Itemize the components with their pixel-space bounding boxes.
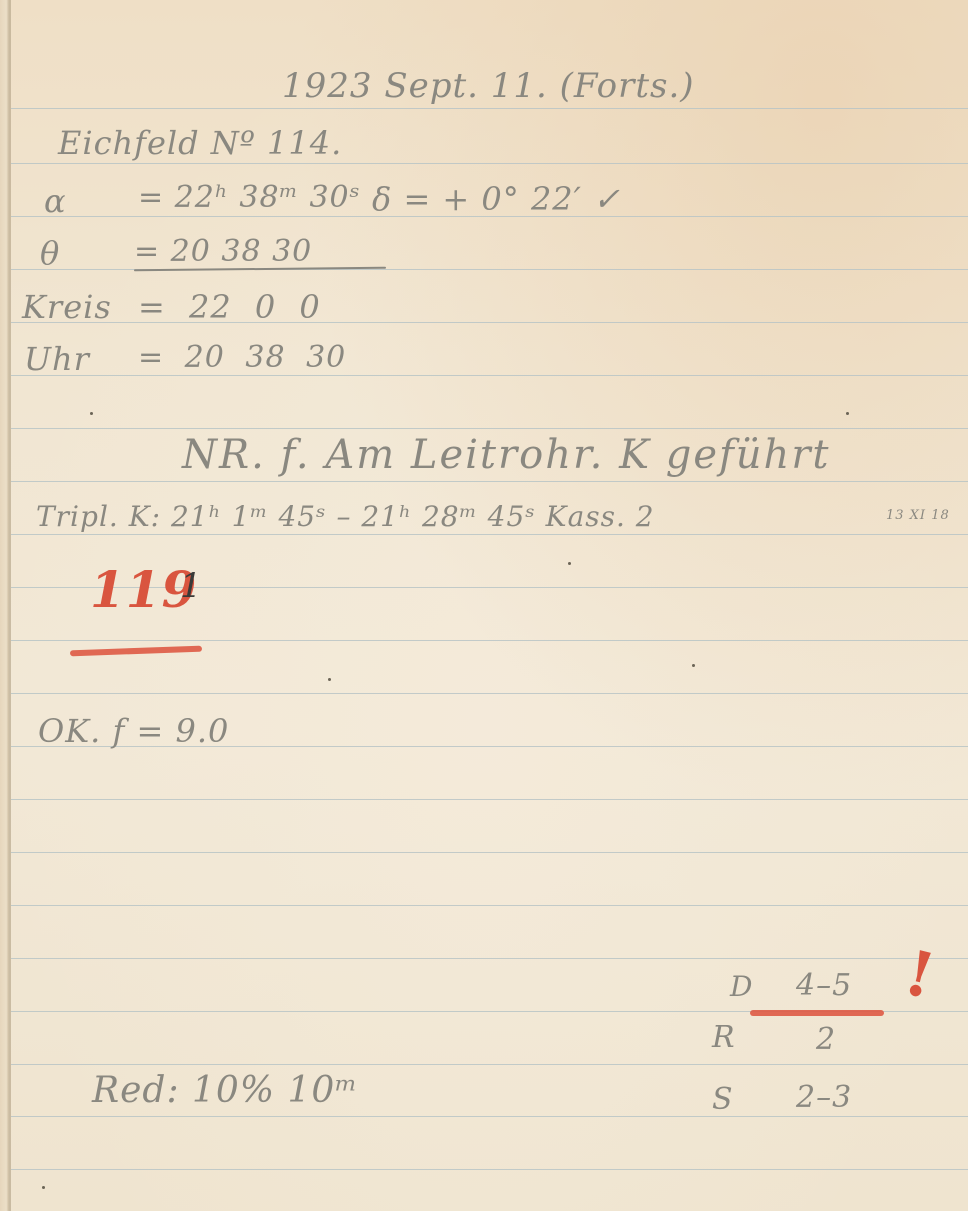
kreis-value: = 22 0 0: [138, 288, 321, 326]
exposure-note: Tripl. K: 21ʰ 1ᵐ 45ˢ – 21ʰ 28ᵐ 45ˢ Kass.…: [36, 500, 655, 533]
exclamation-mark: !: [898, 936, 943, 1014]
alpha-value: = 22ʰ 38ᵐ 30ˢ: [138, 180, 361, 215]
alpha-label: α: [44, 182, 67, 220]
ocular-note: OK. f = 9.0: [38, 712, 229, 750]
paper-speck: [568, 562, 571, 565]
field-label: Eichfeld Nº 114.: [58, 124, 342, 162]
quality-d-value: 4–5: [796, 968, 852, 1003]
rule-line: [11, 481, 968, 482]
rule-line: [11, 1169, 968, 1170]
uhr-label: Uhr: [24, 340, 90, 378]
reduction-note: Red: 10% 10ᵐ: [92, 1070, 358, 1111]
quality-s-label: S: [712, 1082, 734, 1117]
paper-speck: [692, 664, 695, 667]
paper-speck: [42, 1186, 45, 1189]
quality-r-label: R: [712, 1020, 736, 1055]
uhr-value: = 20 38 30: [138, 340, 346, 375]
rule-line: [11, 534, 968, 535]
paper-speck: [90, 412, 93, 415]
quality-s-value: 2–3: [796, 1080, 852, 1115]
rule-line: [11, 852, 968, 853]
paper-speck: [846, 412, 849, 415]
rule-line: [11, 1116, 968, 1117]
rule-line: [11, 905, 968, 906]
quality-d-underline: [750, 1010, 884, 1016]
kreis-label: Kreis: [22, 288, 112, 326]
page-binding: [0, 0, 9, 1211]
notebook-page: 1923 Sept. 11. (Forts.) Eichfeld Nº 114.…: [0, 0, 968, 1211]
binding-edge: [9, 0, 11, 1211]
margin-date-note: 13 XI 18: [886, 508, 950, 523]
plate-number-underline: [70, 646, 202, 657]
rule-line: [11, 958, 968, 959]
quality-d-label: D: [730, 970, 753, 1003]
guide-note: NR. f. Am Leitrohr. K geführt: [182, 432, 831, 478]
delta-value: δ = + 0° 22′ ✓: [372, 180, 621, 218]
rule-line: [11, 375, 968, 376]
theta-value: = 20 38 30: [134, 234, 312, 269]
plate-number-suffix: 1: [180, 566, 203, 606]
rule-line: [11, 108, 968, 109]
rule-line: [11, 640, 968, 641]
rule-line: [11, 799, 968, 800]
rule-line: [11, 428, 968, 429]
paper-speck: [328, 678, 331, 681]
page-header-date: 1923 Sept. 11. (Forts.): [282, 66, 695, 106]
theta-label: θ: [40, 234, 60, 272]
rule-line: [11, 163, 968, 164]
rule-line: [11, 1064, 968, 1065]
quality-r-value: 2: [816, 1022, 836, 1057]
rule-line: [11, 693, 968, 694]
